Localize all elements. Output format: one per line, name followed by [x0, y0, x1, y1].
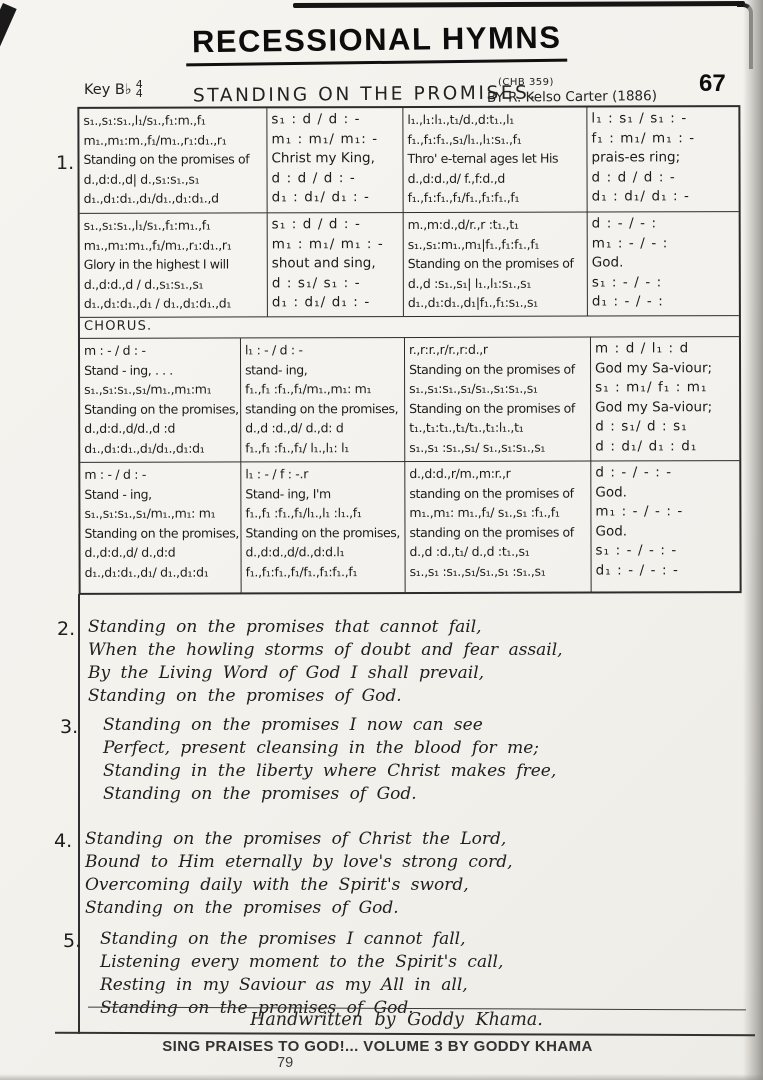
lyric-line: Stand - ing, . . . [84, 360, 238, 380]
notation-line: f₁.,f₁ :f₁.,f₁/l₁.,l₁ :l₁.,f₁ [245, 503, 402, 523]
notation-line: f₁.,f₁:f₁.,f₁/f₁.,f₁:f₁.,f₁ [408, 188, 585, 208]
scan-shadow-band [743, 0, 763, 1080]
notation-line: d.,d:d.,d / d.,s₁:s₁.,s₁ [84, 274, 265, 294]
notation-line: m : - / d : - [84, 464, 238, 484]
notation-line: d₁.,d₁:d₁.,d₁/d₁.,d₁:d₁.,d [84, 189, 265, 209]
notation-line: d : - / - : - [595, 463, 737, 483]
section-title: RECESSIONAL HYMNS [0, 22, 753, 64]
notation-line: m₁ : m₁/ m₁ : - [272, 235, 401, 255]
notation-line: s₁ : - / - : - [596, 542, 738, 562]
notation-line: d₁.,d₁:d₁.,d₁|f₁.,f₁:s₁.,s₁ [408, 293, 585, 313]
scan-edge-line [293, 1, 745, 8]
scan-bottom-shadow [0, 1074, 763, 1080]
verse-line: Standing on the promises of God. [103, 783, 556, 806]
score-row-2: s₁.,s₁:s₁.,l₁/s₁.,f₁:m₁.,f₁ m₁.,m₁:m₁.,f… [80, 211, 739, 317]
notation-line: m : - / d : - [84, 340, 238, 360]
notation-line: t₁.,t₁:t₁.,t₁/t₁.,t₁:l₁.,t₁ [409, 418, 588, 438]
lyric-line: Standing on the promises, I'm [245, 523, 402, 543]
time-signature: 4 4 [136, 80, 143, 98]
verse-number: 2. [57, 618, 75, 640]
notation-line: d.,d:d.,d/ f.,f:d.,d [408, 168, 585, 188]
verse-line: Standing on the promises that cannot fai… [88, 616, 563, 639]
score-cell: s₁.,s₁:s₁.,l₁/s₁.,f₁:m.,f₁ m₁.,m₁:m.,f₁/… [79, 108, 267, 212]
notation-line: s₁ : - / - : [592, 273, 737, 293]
notation-line: m : d / l₁ : d [595, 339, 737, 359]
notation-line: d₁ : d₁/ d₁ : - [272, 188, 401, 208]
lyric-line: Thro' e-ternal ages let His [407, 149, 584, 169]
footer-series-title: SING PRAISES TO GOD!... VOLUME 3 BY GODD… [0, 1038, 755, 1055]
score-cell: l₁ : s₁ / s₁ : - f₁ : m₁/ m₁ : - prais-e… [587, 107, 738, 211]
time-bottom: 4 [136, 89, 143, 98]
score-cell: s₁.,s₁:s₁.,l₁/s₁.,f₁:m₁.,f₁ m₁.,m₁:m₁.,f… [80, 213, 268, 316]
section-title-text: RECESSIONAL HYMNS [186, 20, 568, 67]
notation-line: s₁.,s₁:s₁.,l₁/s₁.,f₁:m₁.,f₁ [84, 215, 265, 235]
verse-line: Listening every moment to the Spirit's c… [100, 951, 503, 974]
footer-page-number: 79 [277, 1055, 293, 1071]
notation-line: m.,m:d.,d/r.,r :t₁.,t₁ [408, 215, 585, 235]
notation-line: l₁ : s₁ / s₁ : - [591, 109, 736, 129]
notation-line: d.,d:d.,r/m.,m:r.,r [409, 464, 588, 484]
key-label: Key B♭ [84, 82, 132, 98]
lyric-line: Glory in the highest I will [84, 255, 265, 275]
notation-line: m₁ : m₁/ m₁: - [271, 130, 400, 150]
verse-number: 4. [54, 830, 72, 852]
verse-number: 3. [60, 716, 78, 738]
catalog-reference: (CHB 359) [498, 77, 554, 88]
notation-line: d.,d :d.,d/ d.,d: d [245, 418, 402, 438]
notation-line: d : d / d : - [272, 169, 401, 189]
score-cell: m : - / d : - Stand - ing, s₁.,s₁:s₁.,s₁… [80, 462, 241, 592]
notation-line: d : s₁/ d : s₁ [595, 418, 737, 438]
notation-line: l₁ : - / d : - [245, 340, 402, 360]
notation-line: d.,d :d.,t₁/ d.,d :t₁.,s₁ [410, 542, 589, 562]
notation-line: d₁ : - / - : - [596, 561, 738, 581]
notation-line: d₁.,d₁:d₁.,d₁ / d₁.,d₁:d₁.,d₁ [84, 294, 265, 314]
lyric-line: Standing on the promises of [409, 359, 588, 379]
notation-line: d₁.,d₁:d₁.,d₁/ d₁.,d₁:d₁ [85, 562, 239, 582]
notation-line: f₁.,f₁:f₁.,f₁/f₁.,f₁:f₁.,f₁ [246, 562, 403, 582]
verse-line: By the Living Word of God I shall prevai… [88, 662, 563, 685]
notation-line: s₁.,s₁:s₁.,s₁/s₁.,s₁:s₁.,s₁ [409, 379, 588, 399]
lyric-line: prais-es ring; [591, 148, 736, 168]
score-cell: d : - / - : - God. m₁ : - / - : - God. s… [591, 461, 739, 591]
notation-line: d₁ : - / - : [592, 293, 737, 313]
verse-line: Standing on the promises I now can see [103, 714, 556, 737]
lyric-line: standing on the promises of [409, 522, 588, 542]
notation-line: d.,d:d.,d/ d.,d:d [85, 543, 239, 563]
notation-line: f₁.,f₁ :f₁.,f₁/m₁.,m₁: m₁ [245, 379, 402, 399]
chorus-label-row: CHORUS. [80, 315, 739, 338]
verse-line: Perfect, present cleansing in the blood … [103, 737, 556, 760]
score-cell: l₁.,l₁:l₁.,t₁/d.,d:t₁.,l₁ f₁.,f₁:f₁.,s₁/… [403, 108, 587, 212]
author-line: BY R. Kelso Carter (1886) [487, 88, 657, 106]
chorus-row-1: m : - / d : - Stand - ing, . . . s₁.,s₁:… [80, 336, 739, 462]
notation-line: s₁ : d / d : - [272, 215, 401, 235]
lyric-line: standing on the promises of [409, 483, 588, 503]
verse-line: Resting in my Saviour as my All in all, [100, 974, 503, 997]
score-cell: s₁ : d / d : - m₁ : m₁/ m₁: - Christ my … [267, 108, 403, 212]
score-cell: d.,d:d.,r/m.,m:r.,r standing on the prom… [405, 462, 591, 592]
chorus-label: CHORUS. [84, 319, 152, 334]
lyric-line: Standing on the promises, [84, 399, 238, 419]
notation-line: d : d₁/ d₁ : d₁ [595, 437, 737, 457]
score-cell: m : d / l₁ : d God my Sa-viour; s₁ : m₁/… [591, 337, 739, 460]
score-cell: l₁ : - / f : -.r Stand- ing, I'm f₁.,f₁ … [241, 462, 405, 592]
verse-line: Standing on the promises of God. [85, 897, 513, 920]
notation-line: d : d / d : - [592, 168, 737, 188]
notation-line: f₁ : m₁/ m₁ : - [591, 129, 736, 149]
score-cell: s₁ : d / d : - m₁ : m₁/ m₁ : - shout and… [268, 213, 404, 316]
key-signature: Key B♭ 4 4 [84, 82, 143, 98]
notation-line: s₁.,s₁:s₁.,s₁/m₁.,m₁: m₁ [84, 504, 238, 524]
notation-line: f₁.,f₁ :f₁.,f₁/ l₁.,l₁: l₁ [245, 438, 402, 458]
notation-line: d₁.,d₁:d₁.,d₁/d₁.,d₁:d₁ [84, 438, 238, 458]
notation-line: s₁ : m₁/ f₁ : m₁ [595, 378, 737, 398]
notation-line: m₁ : - / - : [592, 234, 737, 254]
lyric-line: standing on the promises, [245, 399, 402, 419]
notation-line: d : s₁/ s₁ : - [272, 274, 401, 294]
verse-line: Standing on the promises of Christ the L… [85, 828, 513, 851]
lyric-line: Stand - ing, [84, 484, 238, 504]
notation-line: s₁ : d / d : - [271, 110, 400, 130]
chorus-row-2: m : - / d : - Stand - ing, s₁.,s₁:s₁.,s₁… [80, 460, 739, 593]
verse-line: Bound to Him eternally by love's strong … [85, 851, 513, 874]
score-cell: m : - / d : - Stand - ing, . . . s₁.,s₁:… [80, 338, 241, 461]
lyric-line: God my Sa-viour; [595, 359, 737, 379]
notation-line: l₁.,l₁:l₁.,t₁/d.,d:t₁.,l₁ [407, 110, 584, 130]
notation-line: s₁.,s₁:m₁.,m₁|f₁.,f₁:f₁.,f₁ [408, 234, 585, 254]
lyric-line: Standing on the promises of [409, 398, 588, 418]
lyric-line: Standing on the promises of [408, 254, 585, 274]
score-cell: m.,m:d.,d/r.,r :t₁.,t₁ s₁.,s₁:m₁.,m₁|f₁.… [404, 213, 588, 316]
scanned-hymn-page: RECESSIONAL HYMNS 67 Key B♭ 4 4 STANDING… [0, 0, 763, 1080]
lyric-line: stand- ing, [245, 360, 402, 380]
lyric-line: shout and sing, [272, 254, 401, 274]
score-cell: d : - / - : m₁ : - / - : God. s₁ : - / -… [588, 212, 739, 315]
score-cell: l₁ : - / d : - stand- ing, f₁.,f₁ :f₁.,f… [241, 338, 405, 461]
notation-line: d.,d:d.,d/d.,d:d.l₁ [246, 542, 403, 562]
lyric-line: God. [595, 483, 737, 503]
verse-line: Standing in the liberty where Christ mak… [103, 760, 556, 783]
credit-line: Handwritten by Goddy Khama. [30, 1010, 763, 1030]
notation-line: m₁.,m₁:m.,f₁/m₁.,r₁:d₁.,r₁ [83, 130, 264, 150]
notation-line: r.,r:r.,r/r.,r:d.,r [409, 340, 588, 360]
notation-line: d₁ : d₁/ d₁ : - [592, 188, 737, 208]
notation-line: s₁.,s₁:s₁.,s₁/m₁.,m₁:m₁ [84, 380, 238, 400]
score-cell: r.,r:r.,r/r.,r:d.,r Standing on the prom… [405, 338, 591, 461]
notation-line: s₁.,s₁ :s₁.,s₁/ s₁.,s₁:s₁.,s₁ [409, 438, 588, 458]
notation-line: s₁.,s₁:s₁.,l₁/s₁.,f₁:m.,f₁ [83, 110, 264, 130]
notation-line: d : - / - : [592, 214, 737, 234]
lyric-line: Standing on the promises, [84, 523, 238, 543]
notation-line: f₁.,f₁:f₁.,s₁/l₁.,l₁:s₁.,f₁ [407, 129, 584, 149]
notation-line: d₁ : d₁/ d₁ : - [272, 293, 401, 313]
score-row-1: s₁.,s₁:s₁.,l₁/s₁.,f₁:m.,f₁ m₁.,m₁:m.,f₁/… [79, 107, 738, 213]
notation-line: d.,d:d.,d/d.,d :d [84, 419, 238, 439]
verse-line: Overcoming daily with the Spirit's sword… [85, 874, 513, 897]
lyric-line: Stand- ing, I'm [245, 484, 402, 504]
hymn-number: 67 [699, 70, 726, 98]
notation-line: m₁ : - / - : - [595, 502, 737, 522]
verse-number: 5. [63, 930, 81, 952]
verse-1-number: 1. [56, 152, 74, 174]
notation-line: m₁.,m₁:m₁.,f₁/m₁.,r₁:d₁.,r₁ [84, 235, 265, 255]
lyric-line: Standing on the promises of [83, 150, 264, 170]
notation-table: s₁.,s₁:s₁.,l₁/s₁.,f₁:m.,f₁ m₁.,m₁:m.,f₁/… [77, 105, 741, 595]
notation-line: l₁ : - / f : -.r [245, 464, 402, 484]
credit-bottom-rule [55, 1032, 755, 1036]
lyric-line: God. [595, 522, 737, 542]
lyric-line: God. [592, 253, 737, 273]
left-margin-rule [78, 594, 80, 1034]
lyric-line: God my Sa-viour; [595, 398, 737, 418]
notation-line: d.,d :s₁.,s₁| l₁.,l₁:s₁.,s₁ [408, 273, 585, 293]
notation-line: s₁.,s₁ :s₁.,s₁/s₁.,s₁ :s₁.,s₁ [410, 562, 589, 582]
verse-line: Standing on the promises of God. [88, 685, 563, 708]
verse-line: When the howling storms of doubt and fea… [88, 639, 563, 662]
notation-line: m₁.,m₁: m₁.,f₁/ s₁.,s₁ :f₁.,f₁ [409, 503, 588, 523]
verse-line: Standing on the promises I cannot fall, [100, 928, 503, 951]
lyric-line: Christ my King, [271, 149, 400, 169]
notation-line: d.,d:d.,d| d.,s₁:s₁.,s₁ [84, 169, 265, 189]
